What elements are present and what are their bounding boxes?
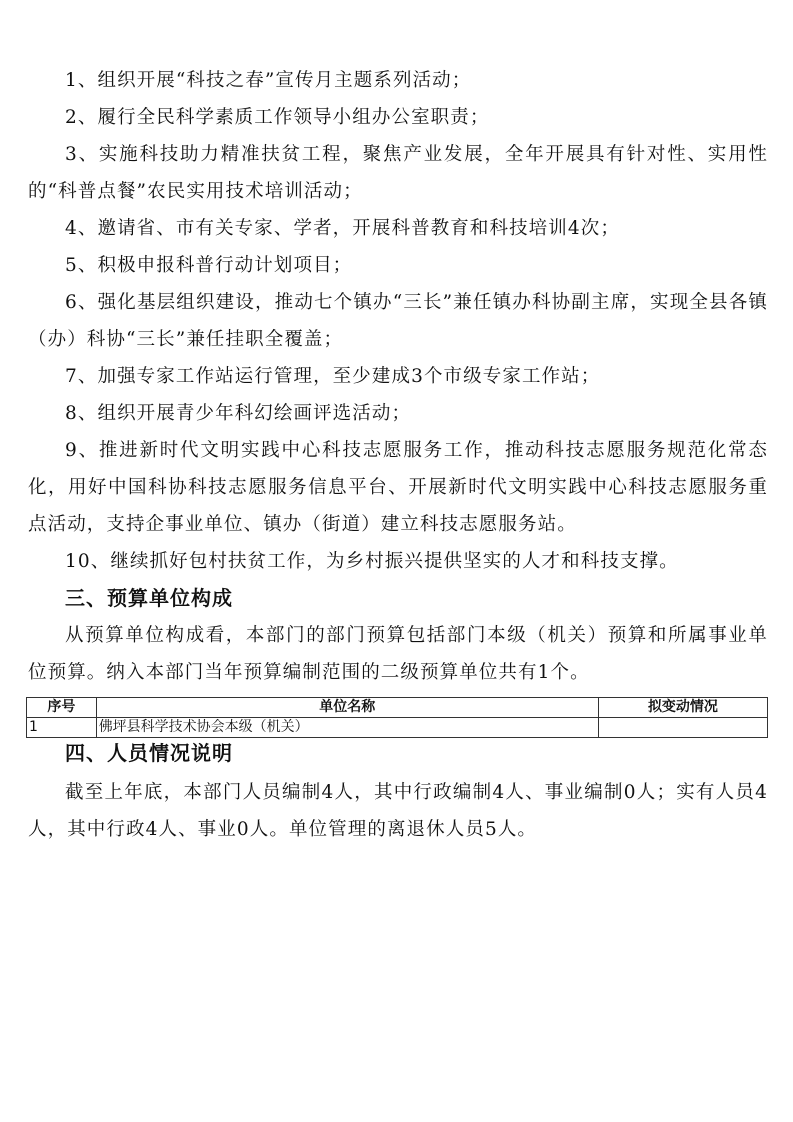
- header-change-status: 拟变动情况: [598, 698, 767, 718]
- budget-units-paragraph: 从预算单位构成看，本部门的部门预算包括部门本级（机关）预算和所属事业单位预算。纳…: [28, 617, 768, 691]
- section-heading-budget-units: 三、预算单位构成: [28, 580, 768, 617]
- task-item-7: 7、加强专家工作站运行管理，至少建成3个市级专家工作站；: [28, 358, 768, 395]
- cell-index: 1: [27, 718, 97, 738]
- task-item-8: 8、组织开展青少年科幻绘画评选活动；: [28, 395, 768, 432]
- task-item-5: 5、积极申报科普行动计划项目；: [28, 247, 768, 284]
- task-item-2: 2、履行全民科学素质工作领导小组办公室职责；: [28, 99, 768, 136]
- cell-change-status: [598, 718, 767, 738]
- table-header-row: 序号 单位名称 拟变动情况: [27, 698, 768, 718]
- header-unit-name: 单位名称: [96, 698, 598, 718]
- task-item-4: 4、邀请省、市有关专家、学者，开展科普教育和科技培训4次；: [28, 210, 768, 247]
- document-page: 1、组织开展“科技之春”宣传月主题系列活动； 2、履行全民科学素质工作领导小组办…: [28, 62, 768, 848]
- task-item-10: 10、继续抓好包村扶贫工作，为乡村振兴提供坚实的人才和科技支撑。: [28, 543, 768, 580]
- budget-units-table: 序号 单位名称 拟变动情况 1 佛坪县科学技术协会本级（机关）: [26, 697, 768, 738]
- task-item-9: 9、推进新时代文明实践中心科技志愿服务工作，推动科技志愿服务规范化常态化，用好中…: [28, 432, 768, 543]
- section-heading-staffing: 四、人员情况说明: [28, 738, 768, 768]
- staffing-paragraph: 截至上年底，本部门人员编制4人，其中行政编制4人、事业编制0人；实有人员4人，其…: [28, 774, 768, 848]
- table-row: 1 佛坪县科学技术协会本级（机关）: [27, 718, 768, 738]
- task-item-3: 3、实施科技助力精准扶贫工程，聚焦产业发展，全年开展具有针对性、实用性的“科普点…: [28, 136, 768, 210]
- cell-unit-name: 佛坪县科学技术协会本级（机关）: [96, 718, 598, 738]
- header-index: 序号: [27, 698, 97, 718]
- task-item-1: 1、组织开展“科技之春”宣传月主题系列活动；: [28, 62, 768, 99]
- task-item-6: 6、强化基层组织建设，推动七个镇办“三长”兼任镇办科协副主席，实现全县各镇（办）…: [28, 284, 768, 358]
